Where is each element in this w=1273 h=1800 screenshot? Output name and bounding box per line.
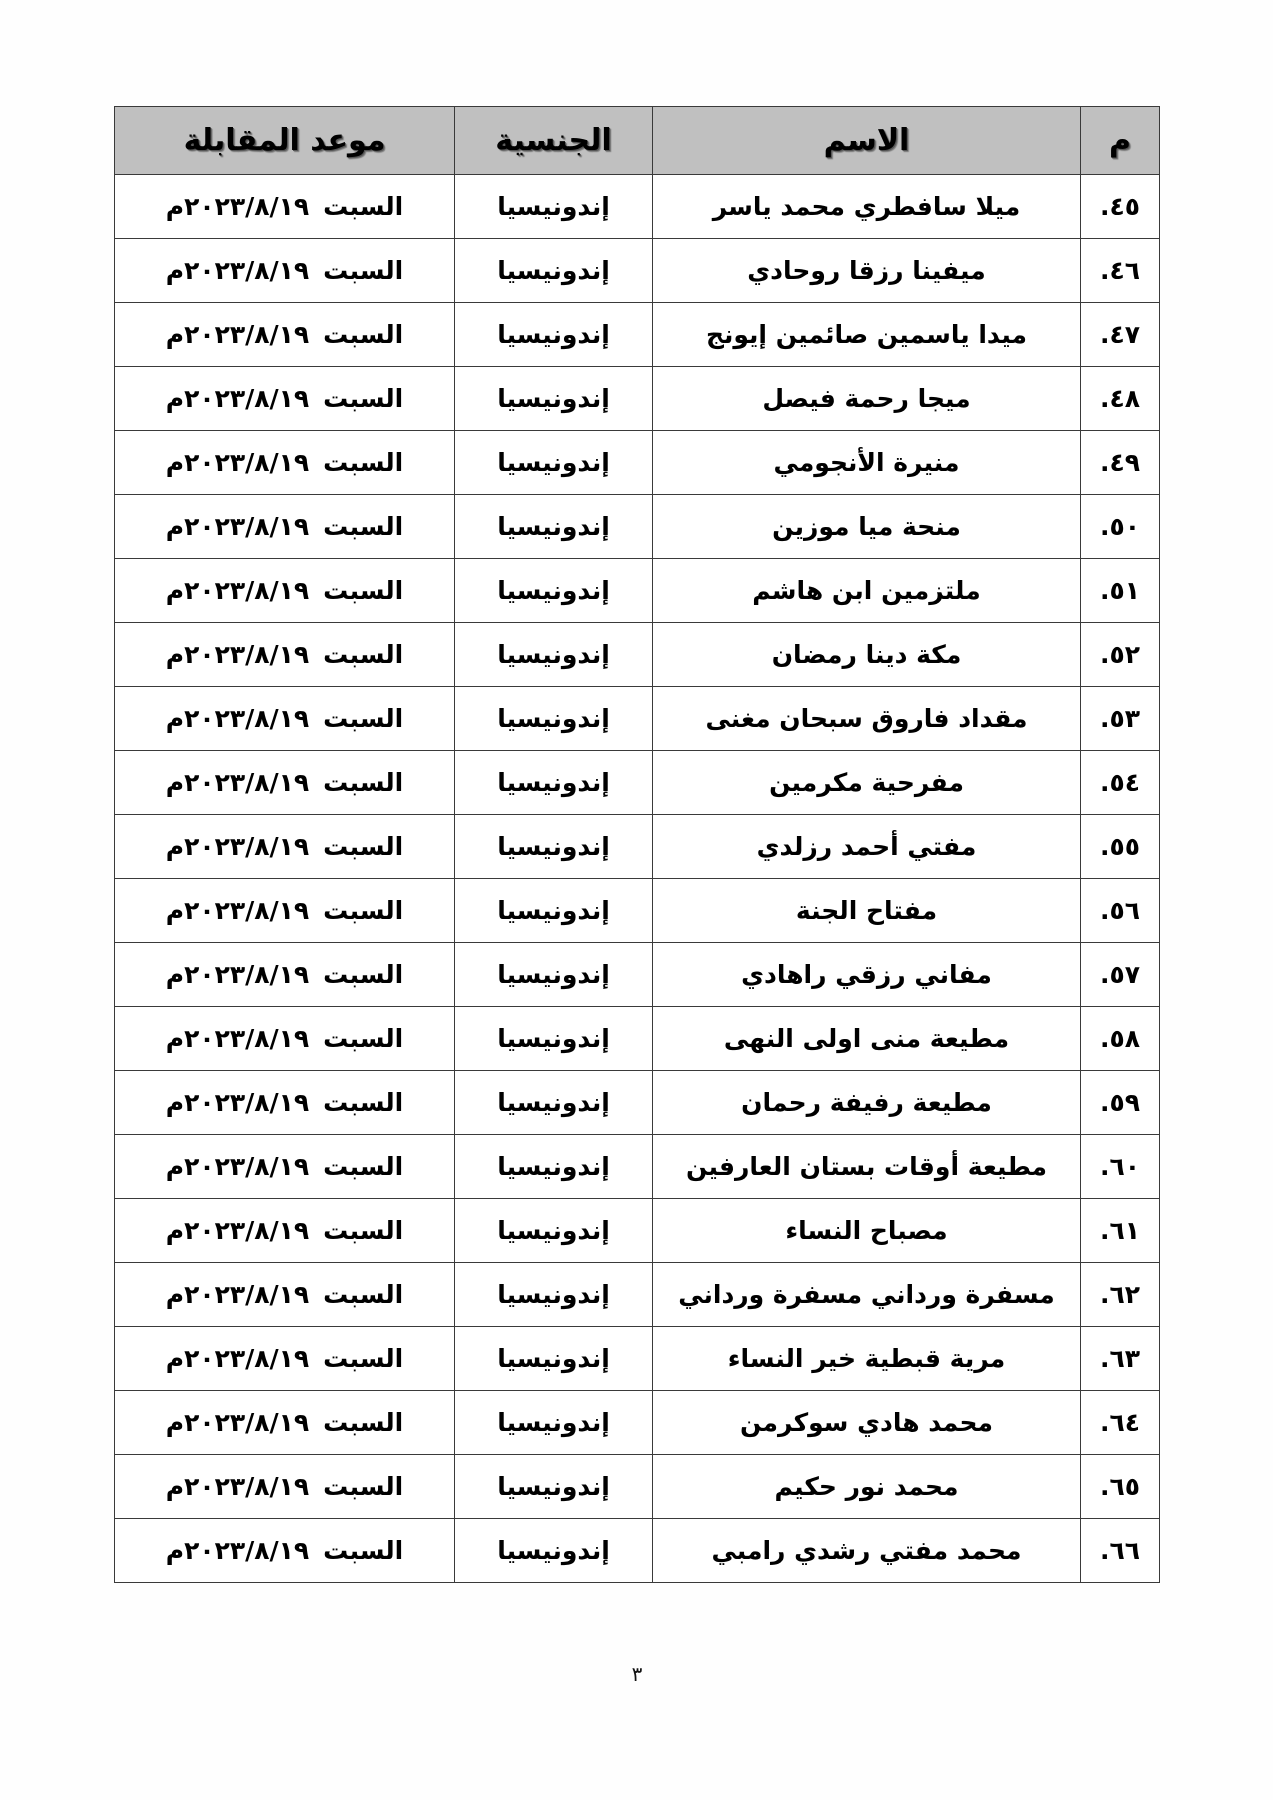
table-row: ٥٣.مقداد فاروق سبحان مغنىإندونيسياالسبت٢… [115,687,1160,751]
row-number: ٦٠. [1081,1135,1160,1199]
interview-date: السبت٢٠٢٣/٨/١٩م [115,1199,455,1263]
row-number: ٤٥. [1081,175,1160,239]
nationality: إندونيسيا [455,943,653,1007]
interview-date: السبت٢٠٢٣/٨/١٩م [115,495,455,559]
interview-day: السبت [323,832,403,861]
row-number: ٤٨. [1081,367,1160,431]
row-number: ٥٣. [1081,687,1160,751]
interview-date-value: ٢٠٢٣/٨/١٩م [166,896,309,925]
interview-day: السبت [323,448,403,477]
nationality: إندونيسيا [455,1007,653,1071]
row-number: ٦٤. [1081,1391,1160,1455]
interview-date-value: ٢٠٢٣/٨/١٩م [166,1280,309,1309]
applicant-name: محمد مفتي رشدي رامبي [653,1519,1081,1583]
interview-date-value: ٢٠٢٣/٨/١٩م [166,960,309,989]
nationality: إندونيسيا [455,1263,653,1327]
header-nationality: الجنسية [455,107,653,175]
nationality: إندونيسيا [455,1071,653,1135]
applicant-name: محمد نور حكيم [653,1455,1081,1519]
applicant-name: ميفينا رزقا روحادي [653,239,1081,303]
table-row: ٦٦.محمد مفتي رشدي رامبيإندونيسياالسبت٢٠٢… [115,1519,1160,1583]
table-row: ٦٠.مطيعة أوقات بستان العارفينإندونيسياال… [115,1135,1160,1199]
nationality: إندونيسيا [455,687,653,751]
page-number: ٣ [627,1662,647,1686]
table-row: ٦٥.محمد نور حكيمإندونيسياالسبت٢٠٢٣/٨/١٩م [115,1455,1160,1519]
row-number: ٦٦. [1081,1519,1160,1583]
table-row: ٥٩.مطيعة رفيفة رحمانإندونيسياالسبت٢٠٢٣/٨… [115,1071,1160,1135]
row-number: ٤٧. [1081,303,1160,367]
interview-date-value: ٢٠٢٣/٨/١٩م [166,832,309,861]
table-row: ٥٤.مفرحية مكرمينإندونيسياالسبت٢٠٢٣/٨/١٩م [115,751,1160,815]
row-number: ٥٧. [1081,943,1160,1007]
interview-date: السبت٢٠٢٣/٨/١٩م [115,1391,455,1455]
interview-day: السبت [323,384,403,413]
row-number: ٦١. [1081,1199,1160,1263]
interview-date: السبت٢٠٢٣/٨/١٩م [115,751,455,815]
nationality: إندونيسيا [455,367,653,431]
nationality: إندونيسيا [455,431,653,495]
interview-date-value: ٢٠٢٣/٨/١٩م [166,1536,309,1565]
nationality: إندونيسيا [455,815,653,879]
nationality: إندونيسيا [455,879,653,943]
table-row: ٥٨.مطيعة منى اولى النهىإندونيسياالسبت٢٠٢… [115,1007,1160,1071]
interview-day: السبت [323,768,403,797]
interview-date: السبت٢٠٢٣/٨/١٩م [115,687,455,751]
table-row: ٤٥.ميلا سافطري محمد ياسرإندونيسياالسبت٢٠… [115,175,1160,239]
interview-date-value: ٢٠٢٣/٨/١٩م [166,1216,309,1245]
row-number: ٦٣. [1081,1327,1160,1391]
nationality: إندونيسيا [455,559,653,623]
interview-date-value: ٢٠٢٣/٨/١٩م [166,320,309,349]
table-row: ٥١.ملتزمين ابن هاشمإندونيسياالسبت٢٠٢٣/٨/… [115,559,1160,623]
interview-schedule-table: م الاسم الجنسية موعد المقابلة ٤٥.ميلا سا… [114,106,1160,1583]
header-name: الاسم [653,107,1081,175]
interview-day: السبت [323,896,403,925]
document-page: م الاسم الجنسية موعد المقابلة ٤٥.ميلا سا… [0,0,1273,1800]
header-interview-date: موعد المقابلة [115,107,455,175]
row-number: ٥٠. [1081,495,1160,559]
row-number: ٥٤. [1081,751,1160,815]
nationality: إندونيسيا [455,1199,653,1263]
interview-day: السبت [323,1408,403,1437]
table-row: ٥٠.منحة ميا موزينإندونيسياالسبت٢٠٢٣/٨/١٩… [115,495,1160,559]
interview-day: السبت [323,1088,403,1117]
table-row: ٤٧.ميدا ياسمين صائمين إيونجإندونيسياالسب… [115,303,1160,367]
interview-date-value: ٢٠٢٣/٨/١٩م [166,640,309,669]
row-number: ٤٩. [1081,431,1160,495]
row-number: ٦٢. [1081,1263,1160,1327]
table-row: ٥٥.مفتي أحمد رزلديإندونيسياالسبت٢٠٢٣/٨/١… [115,815,1160,879]
table-row: ٥٦.مفتاح الجنةإندونيسياالسبت٢٠٢٣/٨/١٩م [115,879,1160,943]
interview-day: السبت [323,960,403,989]
interview-date: السبت٢٠٢٣/٨/١٩م [115,879,455,943]
table-row: ٤٩.منيرة الأنجوميإندونيسياالسبت٢٠٢٣/٨/١٩… [115,431,1160,495]
interview-date: السبت٢٠٢٣/٨/١٩م [115,175,455,239]
applicant-name: منحة ميا موزين [653,495,1081,559]
interview-date-value: ٢٠٢٣/٨/١٩م [166,1088,309,1117]
row-number: ٥٦. [1081,879,1160,943]
applicant-name: مطيعة رفيفة رحمان [653,1071,1081,1135]
interview-day: السبت [323,1280,403,1309]
interview-date: السبت٢٠٢٣/٨/١٩م [115,1327,455,1391]
interview-day: السبت [323,576,403,605]
interview-date: السبت٢٠٢٣/٨/١٩م [115,1071,455,1135]
nationality: إندونيسيا [455,239,653,303]
interview-date: السبت٢٠٢٣/٨/١٩م [115,1135,455,1199]
table-row: ٦٤.محمد هادي سوكرمنإندونيسياالسبت٢٠٢٣/٨/… [115,1391,1160,1455]
interview-day: السبت [323,1536,403,1565]
interview-date: السبت٢٠٢٣/٨/١٩م [115,303,455,367]
interview-date: السبت٢٠٢٣/٨/١٩م [115,1007,455,1071]
nationality: إندونيسيا [455,751,653,815]
interview-date-value: ٢٠٢٣/٨/١٩م [166,256,309,285]
applicant-name: مطيعة أوقات بستان العارفين [653,1135,1081,1199]
interview-day: السبت [323,1152,403,1181]
applicant-name: ميدا ياسمين صائمين إيونج [653,303,1081,367]
interview-date-value: ٢٠٢٣/٨/١٩م [166,1408,309,1437]
table-body: ٤٥.ميلا سافطري محمد ياسرإندونيسياالسبت٢٠… [115,175,1160,1583]
applicant-name: ملتزمين ابن هاشم [653,559,1081,623]
interview-day: السبت [323,640,403,669]
table-row: ٦٣.مرية قبطية خير النساءإندونيسياالسبت٢٠… [115,1327,1160,1391]
interview-date: السبت٢٠٢٣/٨/١٩م [115,431,455,495]
row-number: ٤٦. [1081,239,1160,303]
applicant-name: مفاني رزقي راهادي [653,943,1081,1007]
applicant-name: مكة دينا رمضان [653,623,1081,687]
interview-date: السبت٢٠٢٣/٨/١٩م [115,367,455,431]
header-number: م [1081,107,1160,175]
applicant-name: ميلا سافطري محمد ياسر [653,175,1081,239]
applicant-name: مسفرة ورداني مسفرة ورداني [653,1263,1081,1327]
interview-date: السبت٢٠٢٣/٨/١٩م [115,559,455,623]
applicant-name: مقداد فاروق سبحان مغنى [653,687,1081,751]
interview-date: السبت٢٠٢٣/٨/١٩م [115,1519,455,1583]
applicant-name: مفرحية مكرمين [653,751,1081,815]
nationality: إندونيسيا [455,623,653,687]
interview-day: السبت [323,704,403,733]
interview-date-value: ٢٠٢٣/٨/١٩م [166,1472,309,1501]
nationality: إندونيسيا [455,1519,653,1583]
applicant-name: محمد هادي سوكرمن [653,1391,1081,1455]
interview-date: السبت٢٠٢٣/٨/١٩م [115,239,455,303]
interview-day: السبت [323,1472,403,1501]
nationality: إندونيسيا [455,175,653,239]
nationality: إندونيسيا [455,495,653,559]
interview-date-value: ٢٠٢٣/٨/١٩م [166,384,309,413]
interview-date: السبت٢٠٢٣/٨/١٩م [115,1263,455,1327]
interview-day: السبت [323,512,403,541]
interview-day: السبت [323,256,403,285]
interview-date-value: ٢٠٢٣/٨/١٩م [166,1344,309,1373]
interview-day: السبت [323,1216,403,1245]
interview-date-value: ٢٠٢٣/٨/١٩م [166,704,309,733]
interview-date: السبت٢٠٢٣/٨/١٩م [115,943,455,1007]
nationality: إندونيسيا [455,303,653,367]
table-header-row: م الاسم الجنسية موعد المقابلة [115,107,1160,175]
row-number: ٥١. [1081,559,1160,623]
row-number: ٦٥. [1081,1455,1160,1519]
applicant-name: مصباح النساء [653,1199,1081,1263]
table-row: ٦١.مصباح النساءإندونيسياالسبت٢٠٢٣/٨/١٩م [115,1199,1160,1263]
table-row: ٤٨.ميجا رحمة فيصلإندونيسياالسبت٢٠٢٣/٨/١٩… [115,367,1160,431]
row-number: ٥٥. [1081,815,1160,879]
table-row: ٦٢.مسفرة ورداني مسفرة وردانيإندونيسياالس… [115,1263,1160,1327]
row-number: ٥٨. [1081,1007,1160,1071]
interview-day: السبت [323,320,403,349]
applicant-name: مفتي أحمد رزلدي [653,815,1081,879]
interview-date-value: ٢٠٢٣/٨/١٩م [166,192,309,221]
interview-date-value: ٢٠٢٣/٨/١٩م [166,576,309,605]
row-number: ٥٢. [1081,623,1160,687]
nationality: إندونيسيا [455,1391,653,1455]
interview-day: السبت [323,1344,403,1373]
interview-date-value: ٢٠٢٣/٨/١٩م [166,512,309,541]
nationality: إندونيسيا [455,1455,653,1519]
nationality: إندونيسيا [455,1135,653,1199]
table-row: ٤٦.ميفينا رزقا روحاديإندونيسياالسبت٢٠٢٣/… [115,239,1160,303]
table-row: ٥٧.مفاني رزقي راهاديإندونيسياالسبت٢٠٢٣/٨… [115,943,1160,1007]
applicant-name: مرية قبطية خير النساء [653,1327,1081,1391]
interview-date: السبت٢٠٢٣/٨/١٩م [115,623,455,687]
nationality: إندونيسيا [455,1327,653,1391]
table-row: ٥٢.مكة دينا رمضانإندونيسياالسبت٢٠٢٣/٨/١٩… [115,623,1160,687]
interview-date: السبت٢٠٢٣/٨/١٩م [115,1455,455,1519]
interview-date-value: ٢٠٢٣/٨/١٩م [166,1152,309,1181]
applicant-name: منيرة الأنجومي [653,431,1081,495]
row-number: ٥٩. [1081,1071,1160,1135]
interview-day: السبت [323,192,403,221]
interview-date-value: ٢٠٢٣/٨/١٩م [166,768,309,797]
applicant-name: ميجا رحمة فيصل [653,367,1081,431]
interview-date-value: ٢٠٢٣/٨/١٩م [166,1024,309,1053]
interview-date-value: ٢٠٢٣/٨/١٩م [166,448,309,477]
applicant-name: مطيعة منى اولى النهى [653,1007,1081,1071]
interview-date: السبت٢٠٢٣/٨/١٩م [115,815,455,879]
applicant-name: مفتاح الجنة [653,879,1081,943]
interview-day: السبت [323,1024,403,1053]
